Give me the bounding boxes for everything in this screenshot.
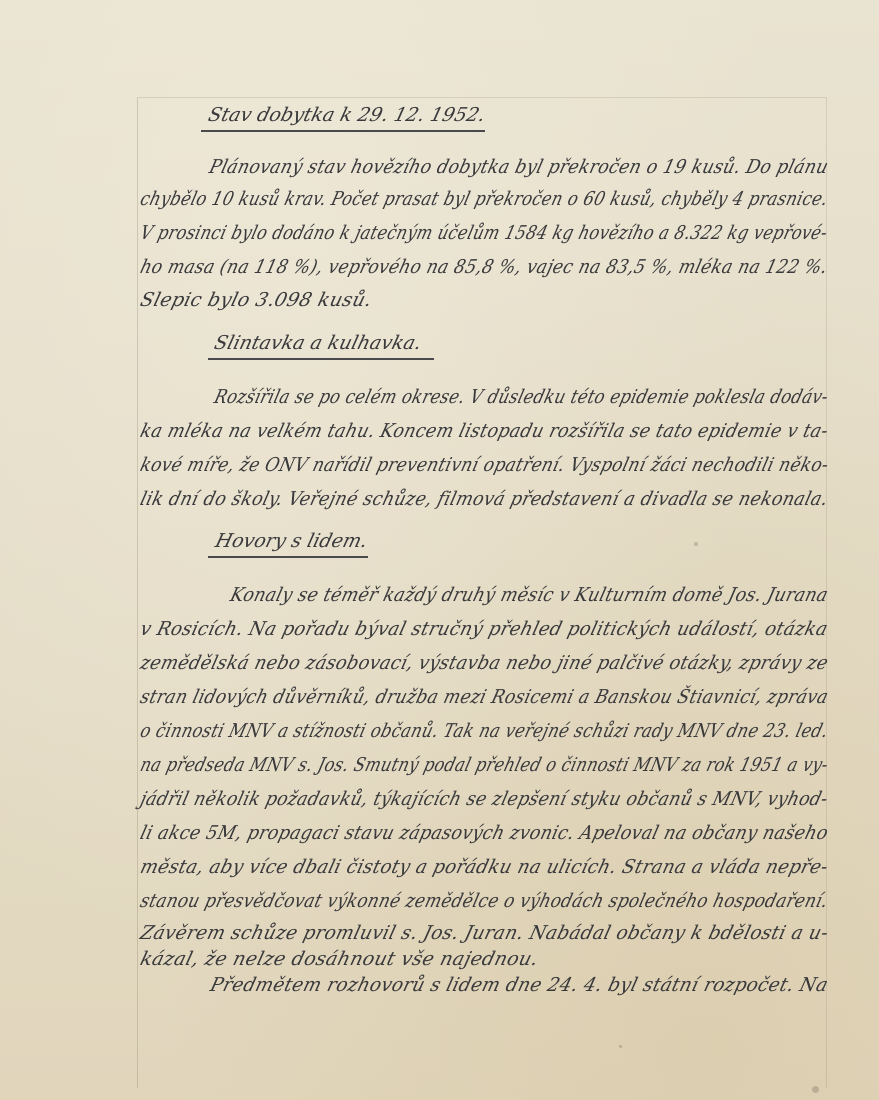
text-line: jádřil několik požadavků, týkajících se … [138, 788, 830, 810]
text-line: lik dní do školy. Veřejné schůze, filmov… [138, 488, 830, 510]
text-line: ka mléka na velkém tahu. Koncem listopad… [138, 420, 831, 442]
text-line: Slepic bylo 3.098 kusů. [138, 289, 374, 311]
text-line: kové míře, že ONV nařídil preventivní op… [138, 454, 831, 476]
text-line: stran lidových důvěrníků, družba mezi Ro… [138, 686, 831, 708]
text-line: li akce 5M, propagaci stavu zápasových z… [138, 822, 831, 844]
heading-underline [208, 556, 368, 558]
paper-spot [812, 1086, 819, 1093]
text-line: na předseda MNV s. Jos. Smutný podal pře… [138, 754, 831, 776]
text-line: Rozšířila se po celém okrese. V důsledku… [212, 386, 831, 408]
text-line: Plánovaný stav hovězího dobytka byl přek… [207, 156, 831, 178]
text-line: stanou přesvědčovat výkonné zemědělce o … [138, 890, 830, 912]
text-line: ho masa (na 118 %), vepřového na 85,8 %,… [138, 256, 830, 278]
text-line: kázal, že nelze dosáhnout vše najednou. [138, 948, 541, 970]
paper-spot [619, 1045, 622, 1048]
text-line: Předmětem rozhovorů s lidem dne 24. 4. b… [208, 974, 830, 996]
text-line: chybělo 10 kusů krav. Počet prasat byl p… [138, 188, 830, 210]
text-line: zemědělská nebo zásobovací, výstavba neb… [138, 652, 831, 674]
section-heading-talks-with-people: Hovory s lidem. [213, 530, 370, 552]
paper-spot [694, 542, 698, 546]
text-line: města, aby více dbali čistoty a pořádku … [138, 856, 830, 878]
text-line: Konaly se téměř každý druhý měsíc v Kult… [228, 584, 830, 606]
section-heading-livestock: Stav dobytka k 29. 12. 1952. [206, 104, 488, 126]
text-line: V prosinci bylo dodáno k jatečným účelům… [138, 222, 830, 244]
text-line: o činnosti MNV a stížnosti občanů. Tak n… [138, 720, 831, 742]
section-heading-foot-and-mouth: Slintavka a kulhavka. [212, 332, 424, 354]
text-line: v Rosicích. Na pořadu býval stručný přeh… [138, 618, 830, 640]
heading-underline [201, 130, 485, 132]
text-line: Závěrem schůze promluvil s. Jos. Juran. … [138, 922, 831, 944]
heading-underline [208, 358, 434, 360]
